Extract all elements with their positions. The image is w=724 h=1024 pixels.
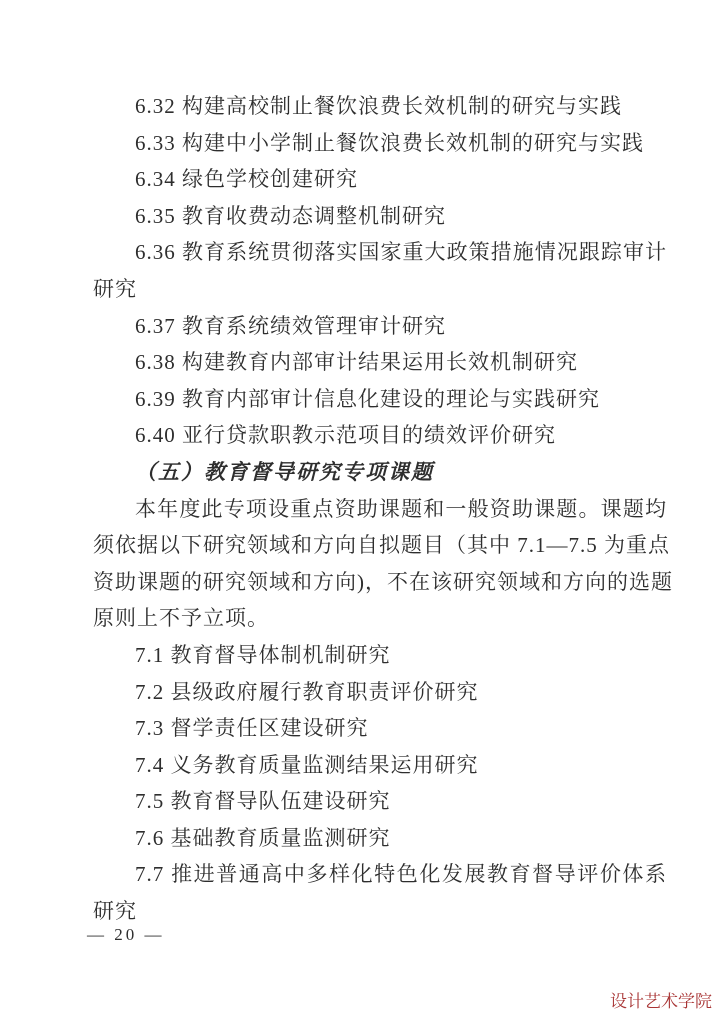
topic-7-4: 7.4 义务教育质量监测结果运用研究 <box>93 747 667 784</box>
section-5-intro-line-3: 资助课题的研究领域和方向)，不在该研究领域和方向的选题 <box>93 564 667 601</box>
topic-7-5: 7.5 教育督导队伍建设研究 <box>93 783 667 820</box>
watermark: 设计艺术学院 <box>610 991 712 1013</box>
topic-6-40: 6.40 亚行贷款职教示范项目的绩效评价研究 <box>93 417 667 454</box>
topic-6-36: 6.36 教育系统贯彻落实国家重大政策措施情况跟踪审计 <box>93 234 667 271</box>
document-page: 6.32 构建高校制止餐饮浪费长效机制的研究与实践 6.33 构建中小学制止餐饮… <box>0 0 724 1024</box>
section-5-intro-line-1: 本年度此专项设重点资助课题和一般资助课题。课题均 <box>93 491 667 528</box>
topic-7-7: 7.7 推进普通高中多样化特色化发展教育督导评价体系 <box>93 856 667 893</box>
section-5-heading: （五）教育督导研究专项课题 <box>93 454 667 491</box>
topic-7-6: 7.6 基础教育质量监测研究 <box>93 820 667 857</box>
section-5-intro-line-2: 须依据以下研究领域和方向自拟题目（其中 7.1—7.5 为重点 <box>93 527 667 564</box>
page-number: — 20 — <box>87 922 165 948</box>
topic-6-33: 6.33 构建中小学制止餐饮浪费长效机制的研究与实践 <box>93 125 667 162</box>
topic-6-35: 6.35 教育收费动态调整机制研究 <box>93 198 667 235</box>
topic-7-2: 7.2 县级政府履行教育职责评价研究 <box>93 674 667 711</box>
topic-7-7-wrap: 研究 <box>93 893 667 930</box>
topic-6-37: 6.37 教育系统绩效管理审计研究 <box>93 308 667 345</box>
topic-6-32: 6.32 构建高校制止餐饮浪费长效机制的研究与实践 <box>93 88 667 125</box>
topic-6-34: 6.34 绿色学校创建研究 <box>93 161 667 198</box>
section-5-intro-line-4: 原则上不予立项。 <box>93 600 667 637</box>
content-area: 6.32 构建高校制止餐饮浪费长效机制的研究与实践 6.33 构建中小学制止餐饮… <box>93 88 667 930</box>
topic-6-39: 6.39 教育内部审计信息化建设的理论与实践研究 <box>93 381 667 418</box>
topic-6-36-wrap: 研究 <box>93 271 667 308</box>
topic-7-1: 7.1 教育督导体制机制研究 <box>93 637 667 674</box>
topic-6-38: 6.38 构建教育内部审计结果运用长效机制研究 <box>93 344 667 381</box>
topic-7-3: 7.3 督学责任区建设研究 <box>93 710 667 747</box>
